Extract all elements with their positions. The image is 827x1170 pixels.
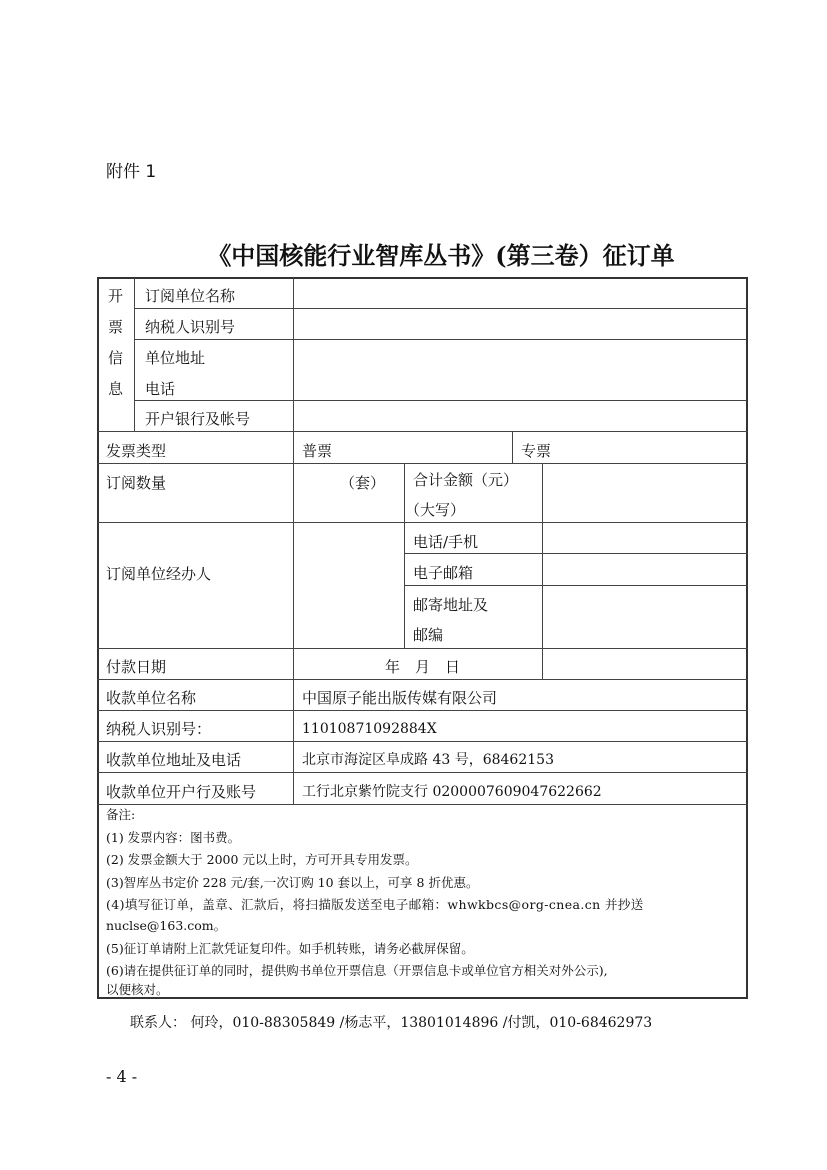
payee-tax-id-value: 11010871092884X (302, 720, 437, 738)
payment-date-label: 付款日期 (106, 658, 166, 676)
handler-phone-label: 电话/手机 (413, 533, 478, 551)
invoice-info-group-char: 息 (108, 380, 123, 398)
payee-bank-label: 收款单位开户行及账号 (106, 783, 256, 801)
note-line: (4)填写征订单，盖章、汇款后，将扫描版发送至电子邮箱：whwkbcs@org-… (106, 897, 644, 913)
total-amount-uppercase-label: （大写） (405, 501, 465, 519)
invoice-type-special-option[interactable]: 专票 (521, 442, 551, 460)
subscriber-name-label: 订阅单位名称 (145, 287, 235, 305)
payee-address-label: 收款单位地址及电话 (106, 751, 241, 769)
page-title: 《中国核能行业智库丛书》(第三卷）征订单 (0, 236, 827, 271)
total-amount-field[interactable] (550, 474, 740, 514)
subscriber-tax-id-field[interactable] (300, 318, 740, 336)
handler-label: 订阅单位经办人 (106, 565, 211, 583)
invoice-info-group-char: 票 (108, 318, 123, 336)
subscriber-address-phone-field[interactable] (300, 349, 740, 397)
payment-date-extra-cell (550, 656, 740, 674)
payee-name-label: 收款单位名称 (106, 689, 196, 707)
payee-address-value: 北京市海淀区阜成路 43 号，68462153 (302, 751, 554, 769)
invoice-type-label: 发票类型 (106, 442, 166, 460)
subscriber-phone-label: 电话 (145, 380, 175, 398)
invoice-type-regular-option[interactable]: 普票 (302, 442, 332, 460)
handler-address-label: 邮寄地址及 (413, 596, 488, 614)
note-line: (5)征订单请附上汇款凭证复印件。如手机转账，请务必截屏保留。 (106, 941, 474, 957)
handler-postcode-label: 邮编 (413, 626, 443, 644)
payment-date-field[interactable]: 年 月 日 (385, 658, 460, 676)
handler-email-field[interactable] (550, 562, 740, 580)
subscriber-bank-label: 开户银行及帐号 (145, 410, 250, 428)
note-line: (1) 发票内容：图书费。 (106, 830, 240, 846)
subscriber-bank-field[interactable] (300, 410, 740, 428)
invoice-info-group-char: 信 (108, 349, 123, 367)
payee-name-value: 中国原子能出版传媒有限公司 (302, 689, 497, 707)
attachment-label: 附件 1 (106, 157, 156, 182)
handler-address-field[interactable] (550, 594, 740, 642)
note-line: (6)请在提供征订单的同时，提供购书单位开票信息（开票信息卡或单位官方相关对外公… (106, 963, 608, 979)
handler-email-label: 电子邮箱 (413, 564, 473, 582)
contact-info: 联系人： 何玲，010-88305849 /杨志平，13801014896 /付… (130, 1012, 652, 1032)
handler-name-field[interactable] (300, 530, 400, 640)
handler-phone-field[interactable] (550, 530, 740, 548)
subscriber-address-label: 单位地址 (145, 349, 205, 367)
note-line: (3)智库丛书定价 228 元/套,一次订购 10 套以上，可享 8 折优惠。 (106, 875, 478, 891)
note-line: 以便核对。 (106, 982, 169, 998)
payee-tax-id-label: 纳税人识别号： (106, 720, 211, 738)
page-number: - 4 - (106, 1067, 137, 1086)
subscriber-tax-id-label: 纳税人识别号 (145, 318, 235, 336)
note-line: nuclse@163.com。 (106, 918, 226, 934)
total-amount-label: 合计金额（元） (413, 471, 518, 489)
subscriber-name-field[interactable] (300, 287, 740, 305)
quantity-label: 订阅数量 (106, 474, 166, 492)
invoice-info-group-char: 开 (108, 287, 123, 305)
payee-bank-value: 工行北京紫竹院支行 0200007609047622662 (302, 783, 602, 801)
note-line: (2) 发票金额大于 2000 元以上时，方可开具专用发票。 (106, 852, 417, 868)
notes-heading: 备注: (106, 807, 135, 823)
quantity-unit[interactable]: （套） (340, 474, 385, 492)
